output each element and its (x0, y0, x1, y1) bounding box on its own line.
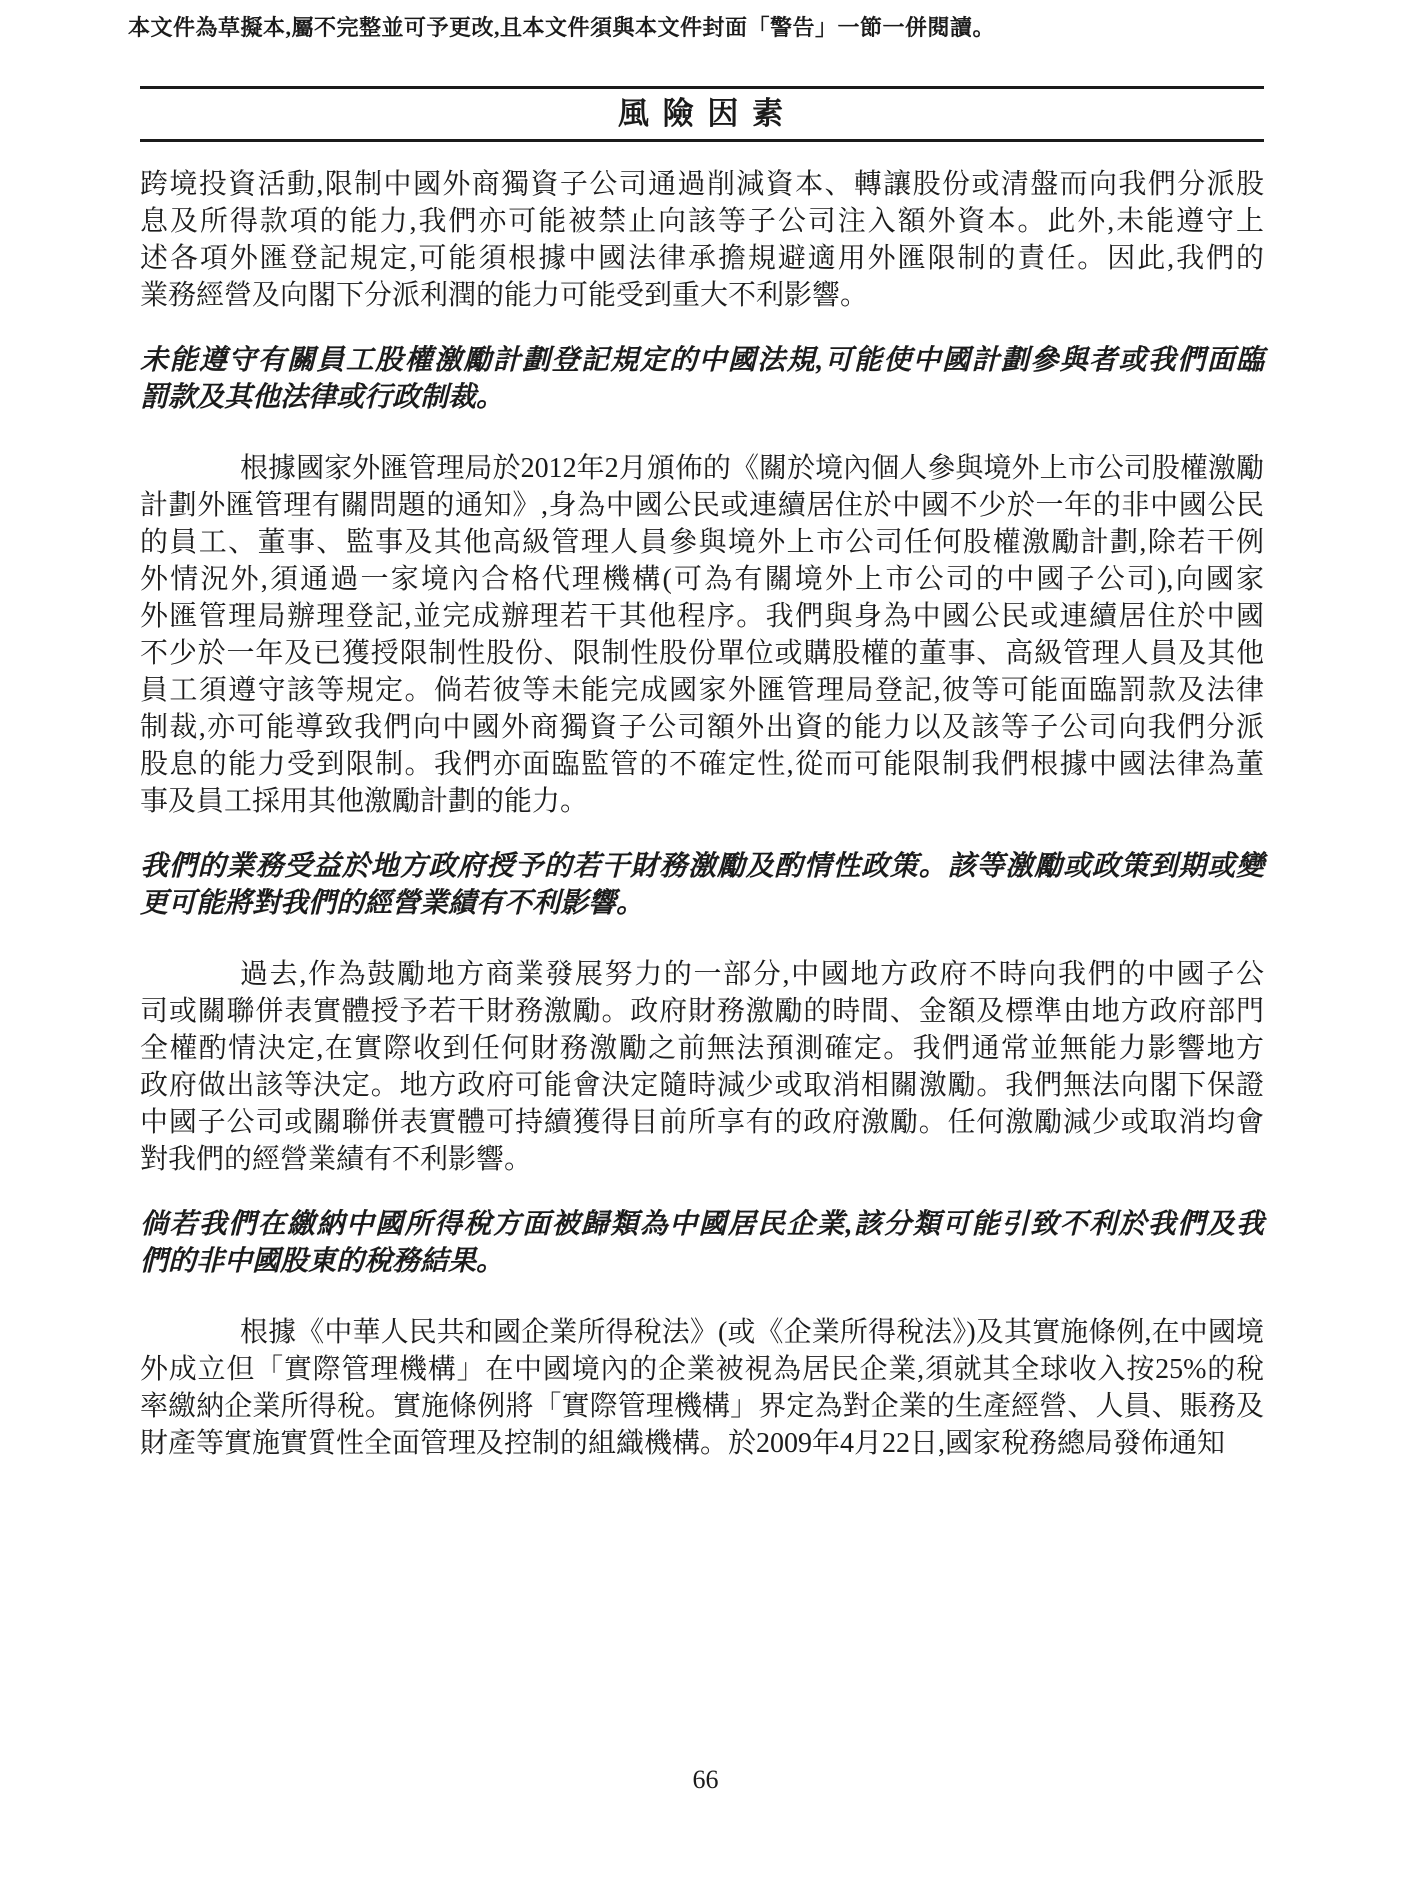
section-title-block: 風 險 因 素 (140, 86, 1264, 142)
text-line: 對我們的經營業績有不利影響。 (140, 1141, 1264, 1178)
text-line: 們的非中國股東的稅務結果。 (140, 1243, 1264, 1280)
text-line: 業務經營及向閣下分派利潤的能力可能受到重大不利影響。 (140, 277, 1264, 314)
text-line: 根據《中華人民共和國企業所得稅法》(或《企業所得稅法》)及其實施條例,在中國境 (140, 1314, 1264, 1351)
risk-factor-heading: 我們的業務受益於地方政府授予的若干財務激勵及酌情性政策。該等激勵或政策到期或變更… (140, 848, 1264, 922)
draft-disclaimer-text: 本文件為草擬本,屬不完整並可予更改,且本文件須與本文件封面「警告」一節一併閱讀。 (128, 14, 995, 42)
text-line: 更可能將對我們的經營業績有不利影響。 (140, 885, 1264, 922)
text-line: 不少於一年及已獲授限制性股份、限制性股份單位或購股權的董事、高級管理人員及其他 (140, 635, 1264, 672)
body-paragraph: 跨境投資活動,限制中國外商獨資子公司通過削減資本、轉讓股份或清盤而向我們分派股息… (140, 166, 1264, 314)
text-line: 率繳納企業所得稅。實施條例將「實際管理機構」界定為對企業的生產經營、人員、賬務及 (140, 1388, 1264, 1425)
text-line: 述各項外匯登記規定,可能須根據中國法律承擔規避適用外匯限制的責任。因此,我們的 (140, 240, 1264, 277)
document-body: 跨境投資活動,限制中國外商獨資子公司通過削減資本、轉讓股份或清盤而向我們分派股息… (140, 142, 1264, 1462)
document-page: 本文件為草擬本,屬不完整並可予更改,且本文件須與本文件封面「警告」一節一併閱讀。… (0, 0, 1411, 1881)
text-line: 制裁,亦可能導致我們向中國外商獨資子公司額外出資的能力以及該等子公司向我們分派 (140, 709, 1264, 746)
risk-factor-heading: 倘若我們在繳納中國所得稅方面被歸類為中國居民企業,該分類可能引致不利於我們及我們… (140, 1206, 1264, 1280)
body-paragraph: 根據國家外匯管理局於2012年2月頒佈的《關於境內個人參與境外上市公司股權激勵計… (140, 450, 1264, 820)
page-number: 66 (0, 1764, 1411, 1796)
section-title: 風 險 因 素 (140, 96, 1264, 132)
text-line: 我們的業務受益於地方政府授予的若干財務激勵及酌情性政策。該等激勵或政策到期或變 (140, 848, 1264, 885)
text-line: 過去,作為鼓勵地方商業發展努力的一部分,中國地方政府不時向我們的中國子公 (140, 956, 1264, 993)
text-line: 全權酌情決定,在實際收到任何財務激勵之前無法預測確定。我們通常並無能力影響地方 (140, 1030, 1264, 1067)
text-line: 司或關聯併表實體授予若干財務激勵。政府財務激勵的時間、金額及標準由地方政府部門 (140, 993, 1264, 1030)
text-line: 中國子公司或關聯併表實體可持續獲得目前所享有的政府激勵。任何激勵減少或取消均會 (140, 1104, 1264, 1141)
text-line: 股息的能力受到限制。我們亦面臨監管的不確定性,從而可能限制我們根據中國法律為董 (140, 746, 1264, 783)
text-line: 員工須遵守該等規定。倘若彼等未能完成國家外匯管理局登記,彼等可能面臨罰款及法律 (140, 672, 1264, 709)
text-line: 政府做出該等決定。地方政府可能會決定隨時減少或取消相關激勵。我們無法向閣下保證 (140, 1067, 1264, 1104)
text-line: 跨境投資活動,限制中國外商獨資子公司通過削減資本、轉讓股份或清盤而向我們分派股 (140, 166, 1264, 203)
text-line: 外情況外,須通過一家境內合格代理機構(可為有關境外上市公司的中國子公司),向國家 (140, 561, 1264, 598)
text-line: 罰款及其他法律或行政制裁。 (140, 379, 1264, 416)
text-line: 未能遵守有關員工股權激勵計劃登記規定的中國法規,可能使中國計劃參與者或我們面臨 (140, 342, 1264, 379)
risk-factor-heading: 未能遵守有關員工股權激勵計劃登記規定的中國法規,可能使中國計劃參與者或我們面臨罰… (140, 342, 1264, 416)
text-line: 計劃外匯管理有關問題的通知》,身為中國公民或連續居住於中國不少於一年的非中國公民 (140, 487, 1264, 524)
text-line: 事及員工採用其他激勵計劃的能力。 (140, 783, 1264, 820)
text-line: 根據國家外匯管理局於2012年2月頒佈的《關於境內個人參與境外上市公司股權激勵 (140, 450, 1264, 487)
text-line: 的員工、董事、監事及其他高級管理人員參與境外上市公司任何股權激勵計劃,除若干例 (140, 524, 1264, 561)
text-line: 息及所得款項的能力,我們亦可能被禁止向該等子公司注入額外資本。此外,未能遵守上 (140, 203, 1264, 240)
text-line: 倘若我們在繳納中國所得稅方面被歸類為中國居民企業,該分類可能引致不利於我們及我 (140, 1206, 1264, 1243)
text-line: 外成立但「實際管理機構」在中國境內的企業被視為居民企業,須就其全球收入按25%的… (140, 1351, 1264, 1388)
body-paragraph: 過去,作為鼓勵地方商業發展努力的一部分,中國地方政府不時向我們的中國子公司或關聯… (140, 956, 1264, 1178)
text-line: 財產等實施實質性全面管理及控制的組織機構。於2009年4月22日,國家稅務總局發… (140, 1425, 1264, 1462)
body-paragraph: 根據《中華人民共和國企業所得稅法》(或《企業所得稅法》)及其實施條例,在中國境外… (140, 1314, 1264, 1462)
text-line: 外匯管理局辦理登記,並完成辦理若干其他程序。我們與身為中國公民或連續居住於中國 (140, 598, 1264, 635)
